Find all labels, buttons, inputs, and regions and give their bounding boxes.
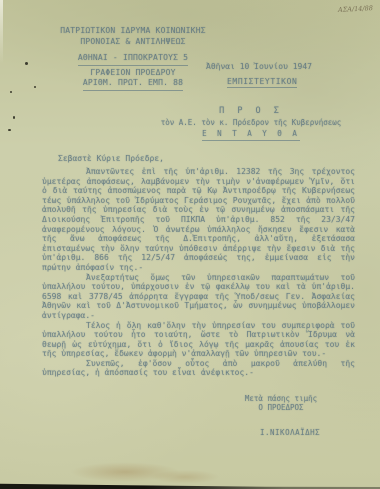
paper-speck — [13, 116, 15, 119]
org-name-line2: ΠΡΟΝΟΙΑΣ & ΑΝΤΙΛΗΨΕΩΣ — [52, 37, 214, 48]
letter-body: Ἀπαντῶντες ἐπὶ τῆς ὑπ'ἀριθμ. 12382 τῆς 3… — [42, 167, 355, 378]
paper-speck — [34, 86, 36, 88]
body-paragraph: Ἀνεξαρτήτως ὅμως τῶν ὑπηρεσιακῶν παραπτω… — [42, 273, 355, 321]
paper-speck — [25, 62, 28, 65]
paper-speck — [10, 91, 12, 93]
salutation: Σεβαστὲ Κύριε Πρόεδρε, — [58, 154, 164, 163]
signer-title: Ο ΠΡΟΕΔΡΟΣ — [226, 403, 336, 412]
paper-stain — [150, 470, 220, 484]
signer-name: Ι.ΝΙΚΟΛΑΪΔΗΣ — [260, 428, 320, 437]
body-paragraph: Συνεπῶς, ἐφ'ὅσον οὗτος ἀπὸ μακροῦ ἀπελύθ… — [42, 359, 355, 378]
date-line: Ἀθῆναι 10 Ἰουνίου 1947 — [206, 62, 312, 71]
paper-edge-highlight — [0, 0, 3, 64]
addressee-line: τὸν Α.Ε. τὸν κ. Πρόεδρον τῆς Κυβερνήσεως — [148, 117, 354, 128]
org-address: ΑΘΗΝΑΙ - ΙΠΠΟΚΡΑΤΟΥΣ 5 — [78, 53, 188, 66]
handwritten-reference: ΑΣΑ/14/88 — [338, 4, 373, 14]
valediction: Μετὰ πάσης τιμῆς — [226, 394, 336, 403]
recipient-block: Π Ρ Ο Σ τὸν Α.Ε. τὸν κ. Πρόεδρον τῆς Κυβ… — [148, 106, 354, 141]
classification-stamp: ΕΜΠΙΣΤΕΥΤΙΚΟΝ — [227, 77, 297, 88]
body-paragraph: Τέλος ἡ ὅλη καθ'ὅλην τὴν ὑπηρεσίαν του σ… — [42, 321, 355, 359]
recipient-location: Ε Ν Τ Α Υ Θ Α — [202, 128, 300, 141]
protocol-number: ΑΡΙΘΜ. ΠΡΩΤ. ΕΜΠ. 88 — [83, 78, 183, 91]
closing-block: Μετὰ πάσης τιμῆς Ο ΠΡΟΕΔΡΟΣ — [226, 394, 336, 412]
paper-speck — [8, 129, 11, 131]
office-line: ΓΡΑΦΕΙΟΝ ΠΡΟΕΔΡΟΥ — [52, 68, 214, 79]
org-name-line1: ΠΑΤΡΙΩΤΙΚΟΝ ΙΔΡΥΜΑ ΚΟΙΝΩΝΙΚΗΣ — [52, 26, 214, 37]
letterhead: ΠΑΤΡΙΩΤΙΚΟΝ ΙΔΡΥΜΑ ΚΟΙΝΩΝΙΚΗΣ ΠΡΟΝΟΙΑΣ &… — [52, 26, 214, 91]
to-label: Π Ρ Ο Σ — [148, 106, 354, 117]
body-paragraph: Ἀπαντῶντες ἐπὶ τῆς ὑπ'ἀριθμ. 12382 τῆς 3… — [42, 167, 355, 273]
scanned-letter-page: ΑΣΑ/14/88 ΠΑΤΡΙΩΤΙΚΟΝ ΙΔΡΥΜΑ ΚΟΙΝΩΝΙΚΗΣ … — [0, 0, 380, 489]
